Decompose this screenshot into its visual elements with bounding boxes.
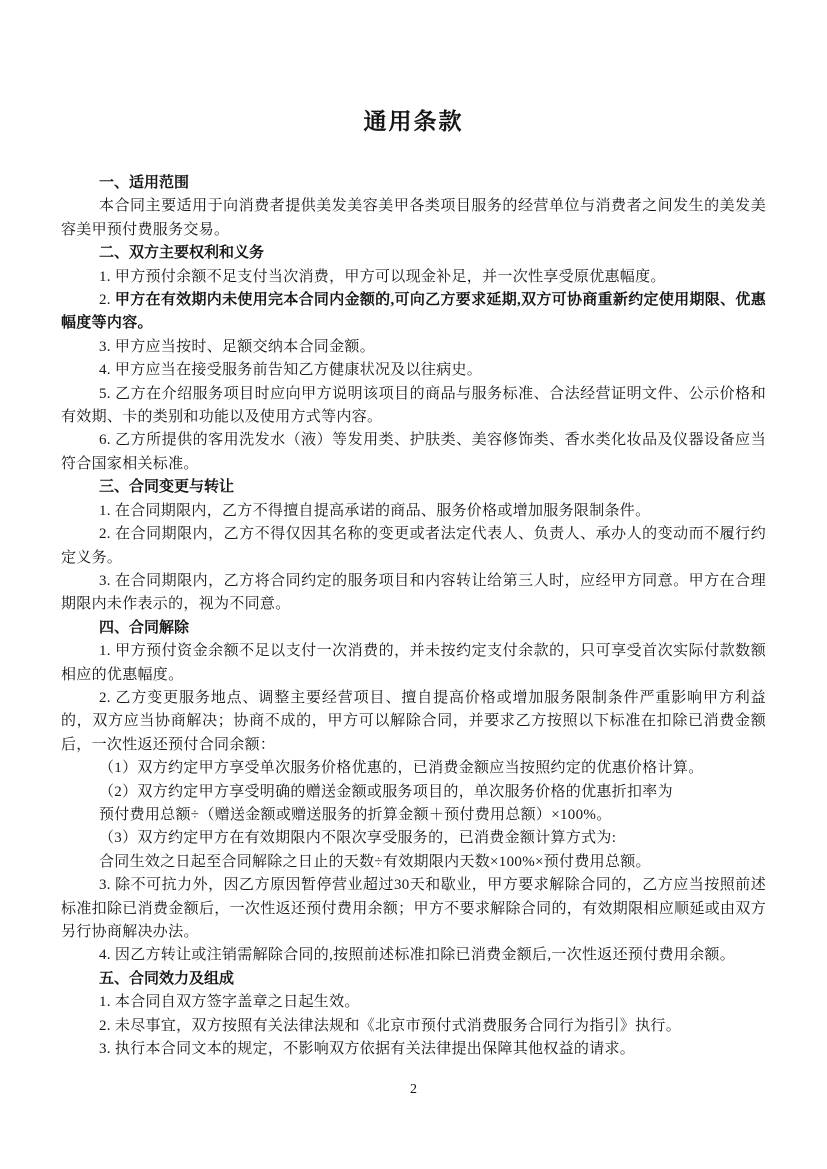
paragraph: 6. 乙方所提供的客用洗发水（液）等发用类、护肤类、美容修饰类、香水类化妆品及仪… — [61, 429, 766, 476]
contract-page: 通用条款 一、适用范围 本合同主要适用于向消费者提供美发美容美甲各类项目服务的经… — [0, 0, 827, 1169]
paragraph: 1. 在合同期限内，乙方不得擅自提高承诺的商品、服务价格或增加服务限制条件。 — [61, 500, 766, 523]
paragraph: 2. 在合同期限内，乙方不得仅因其名称的变更或者法定代表人、负责人、承办人的变动… — [61, 523, 766, 570]
formula-line: 合同生效之日起至合同解除之日止的天数÷有效期限内天数×100%×预付费用总额。 — [61, 851, 766, 874]
paragraph-bold: 2. 甲方在有效期内未使用完本合同内金额的,可向乙方要求延期,双方可协商重新约定… — [61, 289, 766, 336]
paragraph: 3. 除不可抗力外，因乙方原因暂停营业超过30天和歇业，甲方要求解除合同的，乙方… — [61, 874, 766, 944]
document-title: 通用条款 — [61, 106, 766, 138]
paragraph: 4. 甲方应当在接受服务前告知乙方健康状况及以往病史。 — [61, 359, 766, 382]
formula-line: 预付费用总额÷（赠送金额或赠送服务的折算金额＋预付费用总额）×100%。 — [61, 804, 766, 827]
item-text: 甲方在有效期内未使用完本合同内金额的,可向乙方要求延期,双方可协商重新约定使用期… — [61, 292, 766, 331]
section-heading-3: 三、合同变更与转让 — [61, 476, 766, 499]
section-heading-5: 五、合同效力及组成 — [61, 968, 766, 991]
paragraph: 2. 未尽事宜，双方按照有关法律法规和《北京市预付式消费服务合同行为指引》执行。 — [61, 1015, 766, 1038]
paragraph: 3. 执行本合同文本的规定，不影响双方依据有关法律提出保障其他权益的请求。 — [61, 1038, 766, 1061]
section-heading-2: 二、双方主要权利和义务 — [61, 242, 766, 265]
section-heading-1: 一、适用范围 — [61, 172, 766, 195]
paragraph: （1）双方约定甲方享受单次服务价格优惠的，已消费金额应当按照约定的优惠价格计算。 — [61, 757, 766, 780]
paragraph: （3）双方约定甲方在有效期限内不限次享受服务的，已消费金额计算方式为: — [61, 827, 766, 850]
section-heading-4: 四、合同解除 — [61, 617, 766, 640]
page-number: 2 — [0, 1082, 827, 1098]
paragraph: 1. 甲方预付余额不足支付当次消费，甲方可以现金补足，并一次性享受原优惠幅度。 — [61, 266, 766, 289]
paragraph: 本合同主要适用于向消费者提供美发美容美甲各类项目服务的经营单位与消费者之间发生的… — [61, 195, 766, 242]
paragraph: 1. 甲方预付资金余额不足以支付一次消费的，并未按约定支付余款的，只可享受首次实… — [61, 640, 766, 687]
paragraph: 1. 本合同自双方签字盖章之日起生效。 — [61, 991, 766, 1014]
item-number: 2. — [99, 292, 115, 308]
paragraph: 3. 甲方应当按时、足额交纳本合同金额。 — [61, 336, 766, 359]
paragraph: （2）双方约定甲方享受明确的赠送金额或服务项目的，单次服务价格的优惠折扣率为 — [61, 781, 766, 804]
paragraph: 4. 因乙方转让或注销需解除合同的,按照前述标准扣除已消费金额后,一次性返还预付… — [61, 944, 766, 967]
paragraph: 2. 乙方变更服务地点、调整主要经营项目、擅自提高价格或增加服务限制条件严重影响… — [61, 687, 766, 757]
paragraph: 5. 乙方在介绍服务项目时应向甲方说明该项目的商品与服务标准、合法经营证明文件、… — [61, 383, 766, 430]
paragraph: 3. 在合同期限内，乙方将合同约定的服务项目和内容转让给第三人时，应经甲方同意。… — [61, 570, 766, 617]
